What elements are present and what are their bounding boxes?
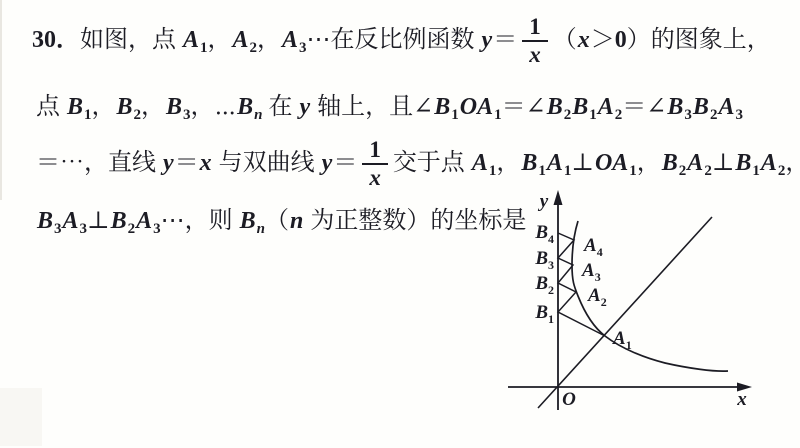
x-axis-label: x: [736, 389, 747, 410]
point-label-B1: B1: [534, 302, 554, 326]
scan-edge-artifact: [0, 0, 2, 200]
problem-text-line-4: B3A3⊥B2A3⋯，则 Bn（n 为正整数）的坐标是: [36, 206, 526, 244]
point-label-B2: B2: [534, 273, 554, 297]
line-y-equals-x: [538, 217, 712, 408]
fraction-1-over-x: 1x: [362, 138, 388, 190]
problem-text-line-1: 30．如图，点 A1，A2，A3⋯在反比例函数 y＝1x（x＞0）的图象上，: [32, 14, 771, 74]
scanned-math-worksheet: { "page": { "background": "#fefefc", "te…: [0, 0, 800, 448]
point-label-A3: A3: [581, 260, 601, 284]
scan-smudge-artifact: [0, 388, 42, 446]
geometry-diagram: yxOB4B3B2B1A4A3A2A1: [480, 186, 800, 448]
point-label-A1: A1: [612, 328, 632, 352]
origin-label: O: [562, 389, 576, 410]
point-label-A4: A4: [583, 235, 603, 259]
y-axis-label: y: [538, 191, 549, 212]
y-axis-arrowhead: [554, 190, 563, 205]
problem-text-line-2: 点 B1，B2，B3，⋯Bn 在 y 轴上，且∠B1OA1＝∠B2B1A2＝∠B…: [36, 92, 743, 130]
point-label-A2: A2: [587, 285, 607, 309]
point-label-B3: B3: [534, 248, 554, 272]
fraction-1-over-x: 1x: [522, 15, 548, 67]
point-label-B4: B4: [534, 222, 554, 246]
